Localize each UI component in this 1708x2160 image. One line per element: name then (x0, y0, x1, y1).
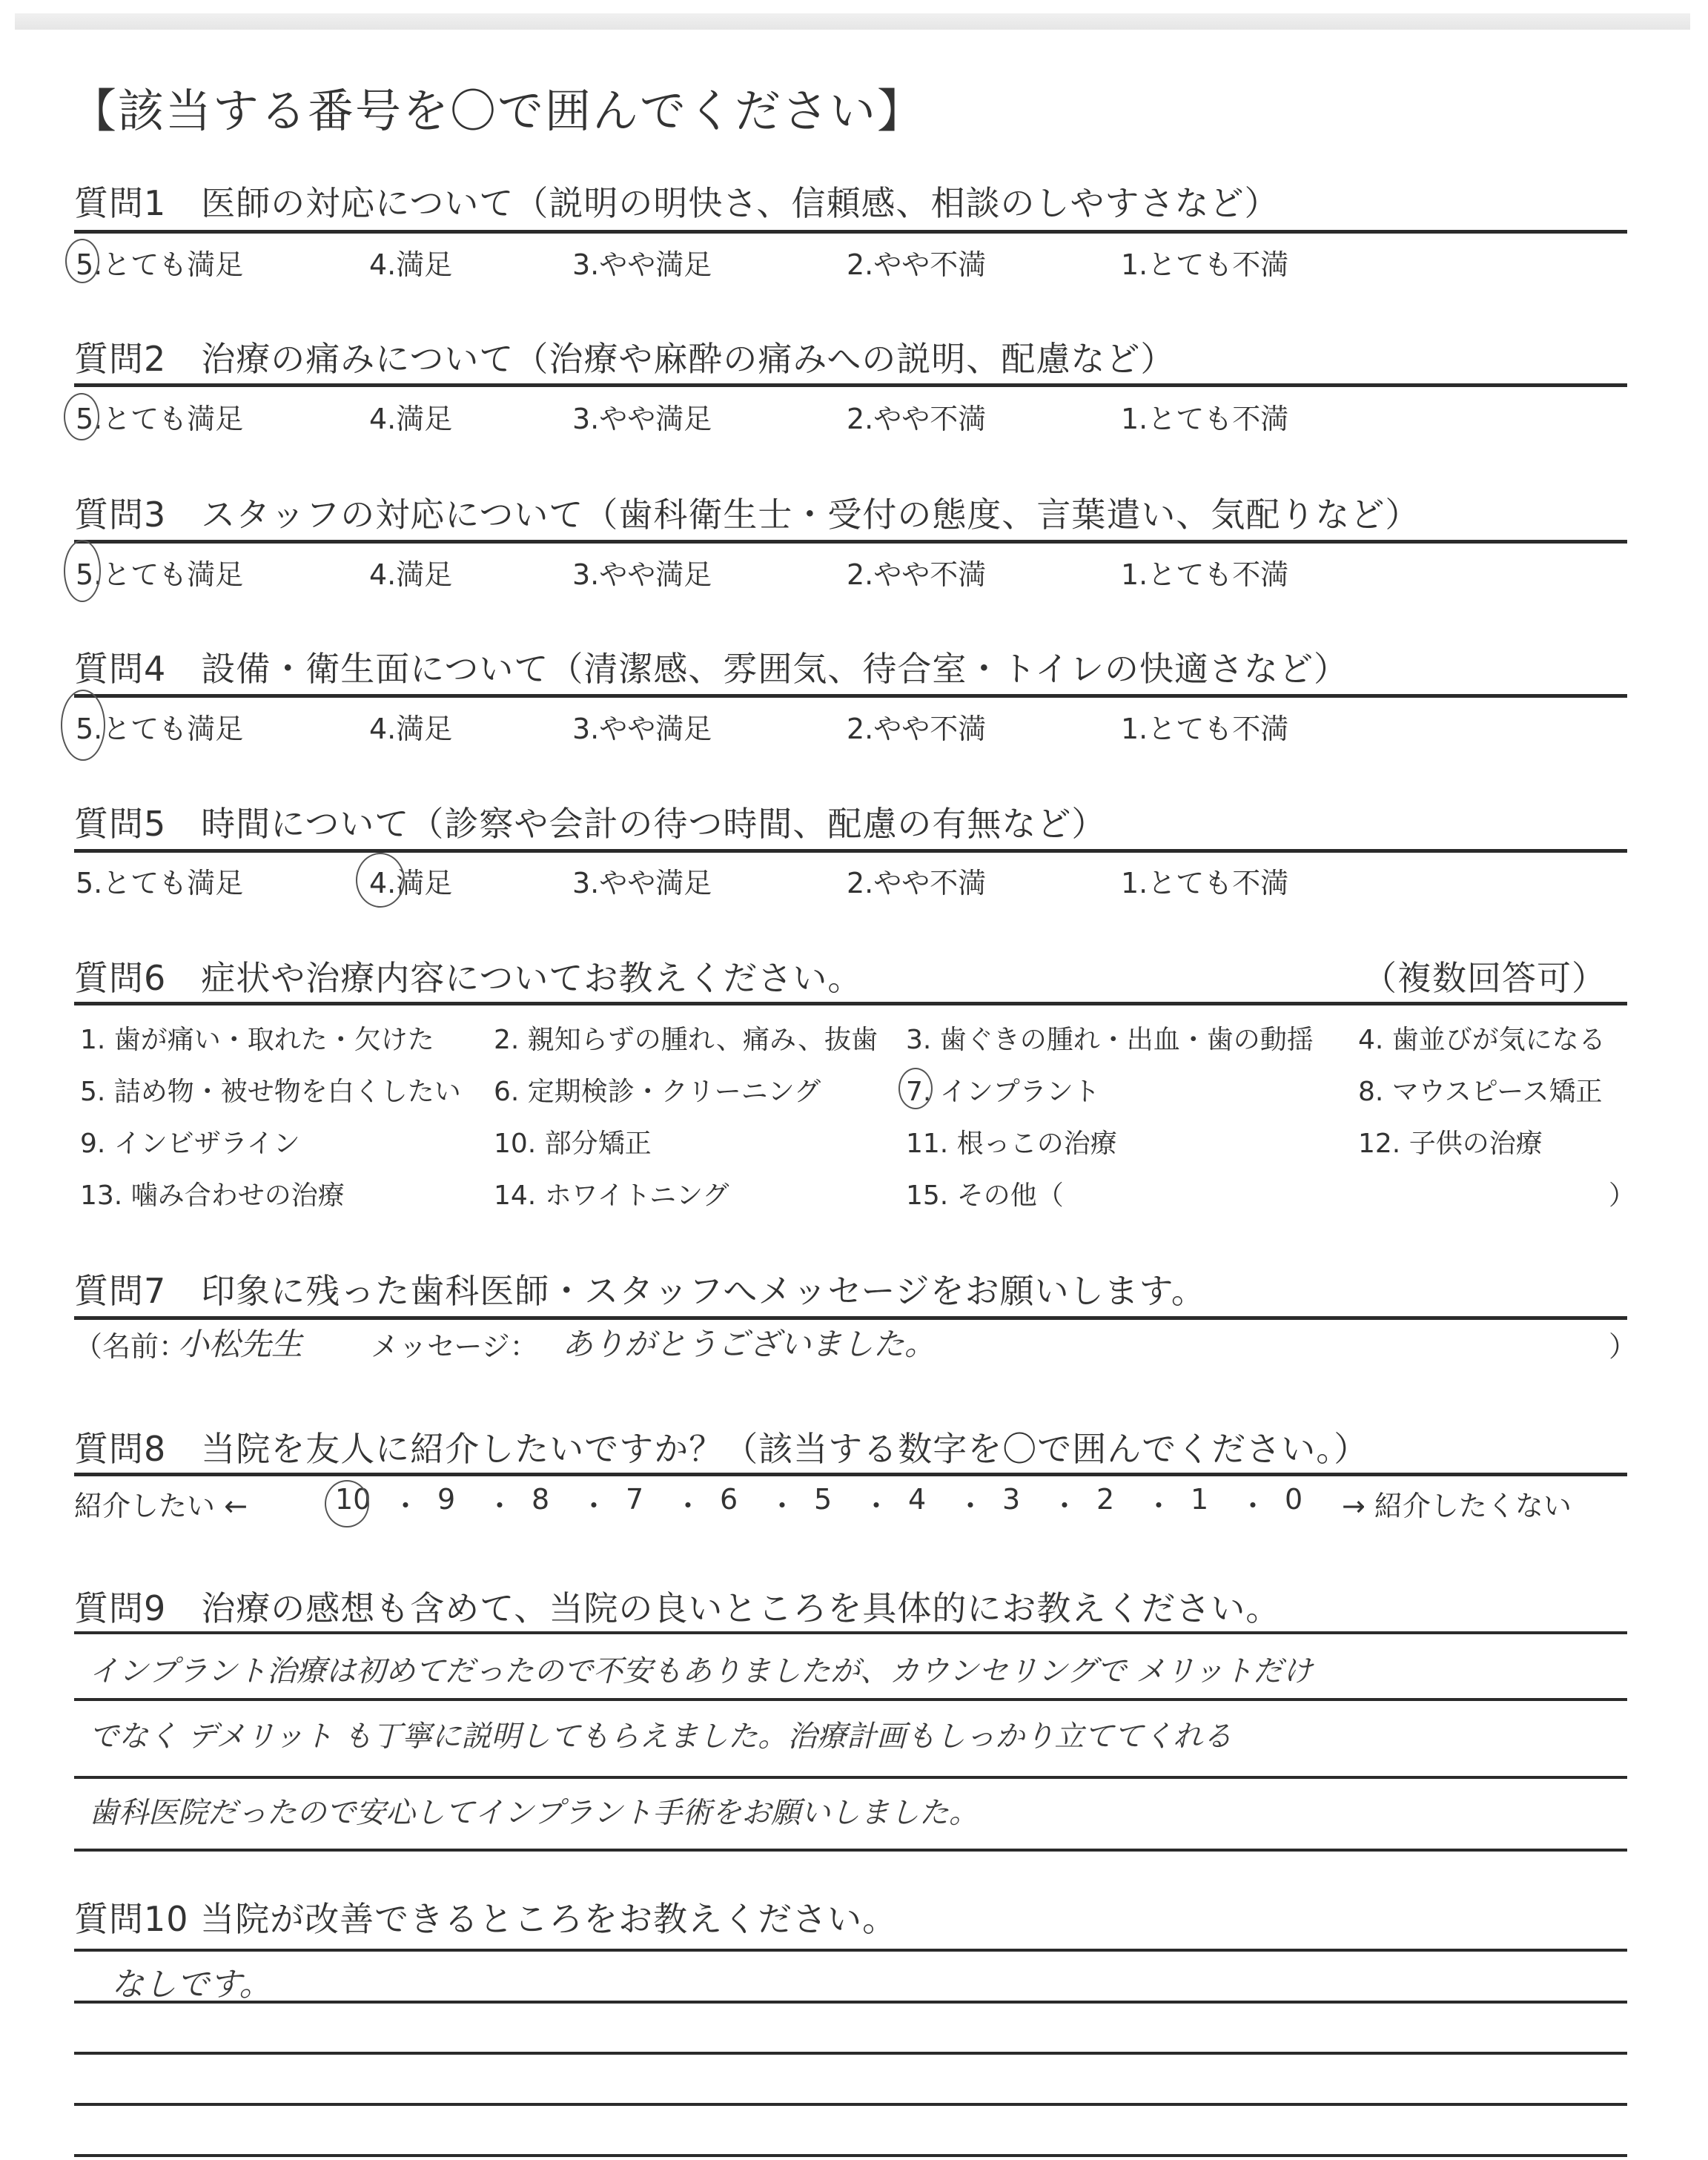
selected-circle-mark (325, 1480, 369, 1527)
scale-value-9[interactable]: 9 (437, 1483, 455, 1516)
selected-circle-mark (898, 1068, 933, 1109)
scale-separator: ・ (862, 1483, 890, 1524)
rating-option-3[interactable]: 3.やや満足 (572, 396, 712, 437)
scale-value-4[interactable]: 4 (908, 1483, 926, 1516)
scale-separator: ・ (1239, 1483, 1267, 1524)
answer-line-text[interactable]: 歯科医院だったので安心してインプラント手術をお願いしました。 (89, 1789, 979, 1832)
rating-option-3[interactable]: 3.やや満足 (572, 706, 712, 747)
message-value[interactable]: ありがとうございました。 (562, 1320, 936, 1364)
rating-option-4[interactable]: 4.満足 (369, 706, 452, 747)
symptom-option-5[interactable]: 5. 詰め物・被せ物を白くしたい (80, 1071, 461, 1109)
symptom-option-4[interactable]: 4. 歯並びが気になる (1358, 1019, 1606, 1057)
rating-option-3[interactable]: 3.やや満足 (572, 242, 712, 283)
answer-line (74, 2001, 1627, 2004)
divider (74, 694, 1627, 698)
question-4-heading: 質問4 設備・衛生面について（清潔感、雰囲気、待合室・トイレの快適さなど） (74, 642, 1348, 691)
question-3-heading: 質問3 スタッフの対応について（歯科衛生士・受付の態度、言葉遣い、気配りなど） (74, 488, 1420, 537)
answer-line (74, 1631, 1627, 1634)
answer-line (74, 1776, 1627, 1779)
question-9-heading: 質問9 治療の感想も含めて、当院の良いところを具体的にお教えください。 (74, 1582, 1280, 1631)
symptom-option-8[interactable]: 8. マウスピース矯正 (1358, 1071, 1602, 1109)
scale-separator: ・ (674, 1483, 702, 1524)
selected-circle-mark (64, 540, 101, 602)
selected-circle-mark (65, 239, 99, 283)
scale-value-5[interactable]: 5 (814, 1483, 832, 1516)
scale-separator: ・ (391, 1483, 420, 1524)
question-8-heading: 質問8 当院を友人に紹介したいですか？（該当する数字を〇で囲んでください。） (74, 1422, 1368, 1471)
rating-option-1[interactable]: 1.とても不満 (1121, 552, 1288, 592)
answer-line-text[interactable]: なしです。 (111, 1958, 271, 2005)
name-value[interactable]: 小松先生 (178, 1320, 302, 1364)
scale-separator: ・ (486, 1483, 514, 1524)
rating-option-2[interactable]: 2.やや不満 (847, 706, 986, 747)
rating-option-1[interactable]: 1.とても不満 (1121, 396, 1288, 437)
rating-option-1[interactable]: 1.とても不満 (1121, 706, 1288, 747)
question-7-heading: 質問7 印象に残った歯科医師・スタッフへメッセージをお願いします。 (74, 1264, 1206, 1313)
scale-value-0[interactable]: 0 (1285, 1483, 1302, 1516)
answer-line (74, 2052, 1627, 2055)
scale-right-label: → 紹介したくない (1342, 1483, 1572, 1524)
symptom-option-2[interactable]: 2. 親知らずの腫れ、痛み、抜歯 (494, 1019, 878, 1057)
question-1-heading: 質問1 医師の対応について（説明の明快さ、信頼感、相談のしやすさなど） (74, 176, 1280, 225)
name-label: （名前： (74, 1324, 187, 1364)
selected-circle-mark (64, 393, 99, 440)
answer-line (74, 1949, 1627, 1952)
page-title: 【該当する番号を〇で囲んでください】 (70, 74, 924, 140)
symptom-option-6[interactable]: 6. 定期検診・クリーニング (494, 1071, 821, 1109)
rating-option-5[interactable]: 5.とても満足 (76, 242, 243, 283)
scale-value-6[interactable]: 6 (720, 1483, 738, 1516)
answer-line (74, 1698, 1627, 1701)
rating-option-2[interactable]: 2.やや不満 (847, 242, 986, 283)
answer-line-text[interactable]: インプラント治療は初めてだったので不安もありましたが、カウンセリングで メリット… (89, 1648, 1312, 1690)
scale-value-3[interactable]: 3 (1002, 1483, 1020, 1516)
scale-separator: ・ (768, 1483, 796, 1524)
symptom-option-15[interactable]: 15. その他（ (906, 1175, 1064, 1212)
symptom-option-3[interactable]: 3. 歯ぐきの腫れ・出血・歯の動揺 (906, 1019, 1314, 1057)
divider (74, 540, 1627, 544)
answer-line (74, 1849, 1627, 1852)
answer-line-text[interactable]: でなく デメリット も丁寧に説明してもらえました。治療計画もしっかり立ててくれる (89, 1713, 1232, 1755)
scale-value-2[interactable]: 2 (1096, 1483, 1114, 1516)
symptom-option-1[interactable]: 1. 歯が痛い・取れた・欠けた (80, 1019, 434, 1057)
scan-top-edge (15, 13, 1690, 30)
symptom-option-10[interactable]: 10. 部分矯正 (494, 1123, 652, 1160)
divider (74, 1002, 1627, 1005)
question-5-heading: 質問5 時間について（診察や会計の待つ時間、配慮の有無など） (74, 797, 1106, 846)
answer-line (74, 2154, 1627, 2157)
answer-line (74, 2103, 1627, 2106)
scale-separator: ・ (1050, 1483, 1079, 1524)
rating-option-4[interactable]: 4.満足 (369, 552, 452, 592)
scale-left-label: 紹介したい ← (74, 1483, 248, 1524)
scale-value-8[interactable]: 8 (532, 1483, 549, 1516)
rating-option-2[interactable]: 2.やや不満 (847, 396, 986, 437)
rating-option-2[interactable]: 2.やや不満 (847, 552, 986, 592)
multiple-answers-note: （複数回答可） (1363, 951, 1606, 1000)
selected-circle-mark (356, 853, 405, 908)
rating-option-1[interactable]: 1.とても不満 (1121, 860, 1288, 901)
rating-option-2[interactable]: 2.やや不満 (847, 860, 986, 901)
scale-separator: ・ (580, 1483, 608, 1524)
question-10-heading: 質問10 当院が改善できるところをお教えください。 (74, 1892, 897, 1941)
divider (74, 849, 1627, 853)
rating-option-1[interactable]: 1.とても不満 (1121, 242, 1288, 283)
symptom-option-11[interactable]: 11. 根っこの治療 (906, 1123, 1117, 1160)
divider (74, 1473, 1627, 1476)
message-label: メッセージ： (371, 1324, 538, 1364)
selected-circle-mark (61, 690, 105, 761)
rating-option-4[interactable]: 4.満足 (369, 242, 452, 283)
symptom-option-7[interactable]: 7. インプラント (906, 1071, 1100, 1109)
rating-option-4[interactable]: 4.満足 (369, 396, 452, 437)
symptom-option-12[interactable]: 12. 子供の治療 (1358, 1123, 1543, 1160)
symptom-option-13[interactable]: 13. 噛み合わせの治療 (80, 1175, 345, 1212)
symptom-option-9[interactable]: 9. インビザライン (80, 1123, 300, 1160)
scale-value-7[interactable]: 7 (626, 1483, 643, 1516)
scale-separator: ・ (1145, 1483, 1173, 1524)
scale-separator: ・ (956, 1483, 984, 1524)
symptom-option-14[interactable]: 14. ホワイトニング (494, 1175, 729, 1212)
question-2-heading: 質問2 治療の痛みについて（治療や麻酔の痛みへの説明、配慮など） (74, 332, 1175, 381)
divider (74, 383, 1627, 387)
rating-option-5[interactable]: 5.とても満足 (76, 396, 243, 437)
question-6-heading: 質問6 症状や治療内容についてお教えください。 (74, 951, 862, 1000)
scale-value-1[interactable]: 1 (1191, 1483, 1208, 1516)
rating-option-3[interactable]: 3.やや満足 (572, 552, 712, 592)
rating-option-3[interactable]: 3.やや満足 (572, 860, 712, 901)
close-paren: ） (1609, 1324, 1637, 1364)
other-close-paren: ） (1609, 1175, 1635, 1212)
rating-option-5[interactable]: 5.とても満足 (76, 860, 243, 901)
divider (74, 230, 1627, 234)
